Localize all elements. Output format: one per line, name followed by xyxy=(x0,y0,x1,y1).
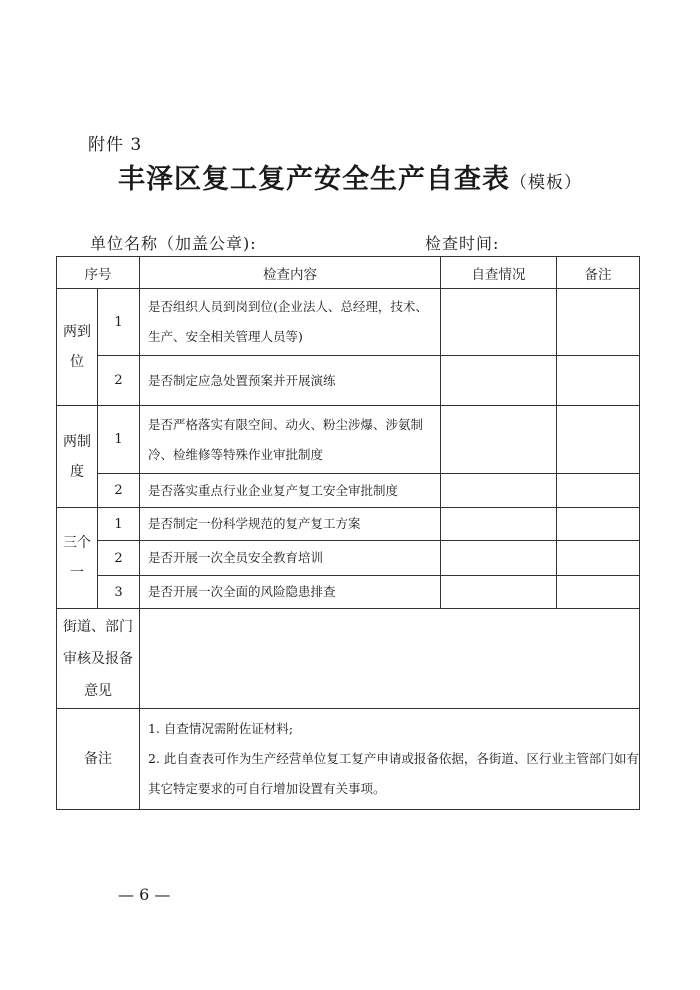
item-number: 1 xyxy=(98,289,140,356)
item-content: 是否开展一次全员安全教育培训 xyxy=(140,541,441,576)
self-check-cell[interactable] xyxy=(441,474,557,508)
unit-name-label: 单位名称（加盖公章): xyxy=(90,231,257,254)
table-row: 两到位 1 是否组织人员到岗到位(企业法人、总经理，技术、生产、安全相关管理人员… xyxy=(57,289,640,356)
self-check-cell[interactable] xyxy=(441,406,557,474)
title-suffix: （模板） xyxy=(510,173,582,193)
page-number: — 6 — xyxy=(118,885,170,904)
notes-row: 备注 1. 自查情况需附佐证材料; 2. 此自查表可作为生产经营单位复工复产申请… xyxy=(57,709,640,810)
item-number: 2 xyxy=(98,541,140,576)
attachment-label: 附件 3 xyxy=(88,130,142,155)
col-header-content: 检查内容 xyxy=(140,257,441,289)
table-row: 2 是否落实重点行业企业复产复工安全审批制度 xyxy=(57,474,640,508)
self-check-cell[interactable] xyxy=(441,508,557,541)
category-cell: 三个一 xyxy=(57,508,98,609)
item-content: 是否落实重点行业企业复产复工安全审批制度 xyxy=(140,474,441,508)
table-row: 两制度 1 是否严格落实有限空间、动火、粉尘涉爆、涉氨制冷、检维修等特殊作业审批… xyxy=(57,406,640,474)
item-content: 是否组织人员到岗到位(企业法人、总经理，技术、生产、安全相关管理人员等) xyxy=(140,289,441,356)
item-content: 是否制定一份科学规范的复产复工方案 xyxy=(140,508,441,541)
notes-cell: 1. 自查情况需附佐证材料; 2. 此自查表可作为生产经营单位复工复产申请或报备… xyxy=(140,709,640,810)
self-check-table: 序号 检查内容 自查情况 备注 两到位 1 是否组织人员到岗到位(企业法人、总经… xyxy=(56,256,640,810)
document-title: 丰泽区复工复产安全生产自查表（模板） xyxy=(0,157,700,196)
self-check-cell[interactable] xyxy=(441,576,557,609)
category-cell: 两到位 xyxy=(57,289,98,406)
item-content: 是否制定应急处置预案并开展演练 xyxy=(140,356,441,406)
remark-cell[interactable] xyxy=(557,289,640,356)
item-number: 1 xyxy=(98,406,140,474)
remark-cell[interactable] xyxy=(557,406,640,474)
category-cell: 两制度 xyxy=(57,406,98,508)
item-number: 3 xyxy=(98,576,140,609)
remark-cell[interactable] xyxy=(557,541,640,576)
table-row: 3 是否开展一次全面的风险隐患排查 xyxy=(57,576,640,609)
self-check-cell[interactable] xyxy=(441,541,557,576)
table-header-row: 序号 检查内容 自查情况 备注 xyxy=(57,257,640,289)
item-number: 2 xyxy=(98,356,140,406)
remark-cell[interactable] xyxy=(557,356,640,406)
table-row: 三个一 1 是否制定一份科学规范的复产复工方案 xyxy=(57,508,640,541)
col-header-self-check: 自查情况 xyxy=(441,257,557,289)
review-label: 街道、部门审核及报备意见 xyxy=(57,609,140,709)
remark-cell[interactable] xyxy=(557,576,640,609)
table-row: 2 是否制定应急处置预案并开展演练 xyxy=(57,356,640,406)
notes-label: 备注 xyxy=(57,709,140,810)
item-number: 2 xyxy=(98,474,140,508)
col-header-no: 序号 xyxy=(57,257,140,289)
review-row: 街道、部门审核及报备意见 xyxy=(57,609,640,709)
item-number: 1 xyxy=(98,508,140,541)
title-main: 丰泽区复工复产安全生产自查表 xyxy=(118,164,510,195)
review-opinion-cell[interactable] xyxy=(140,609,640,709)
self-check-cell[interactable] xyxy=(441,356,557,406)
col-header-remark: 备注 xyxy=(557,257,640,289)
table-row: 2 是否开展一次全员安全教育培训 xyxy=(57,541,640,576)
remark-cell[interactable] xyxy=(557,474,640,508)
self-check-cell[interactable] xyxy=(441,289,557,356)
note-item: 1. 自查情况需附佐证材料; xyxy=(148,714,639,744)
item-content: 是否开展一次全面的风险隐患排查 xyxy=(140,576,441,609)
check-time-label: 检查时间: xyxy=(425,231,499,254)
note-item: 2. 此自查表可作为生产经营单位复工复产申请或报备依据，各街道、区行业主管部门如… xyxy=(148,744,639,804)
remark-cell[interactable] xyxy=(557,508,640,541)
item-content: 是否严格落实有限空间、动火、粉尘涉爆、涉氨制冷、检维修等特殊作业审批制度 xyxy=(140,406,441,474)
